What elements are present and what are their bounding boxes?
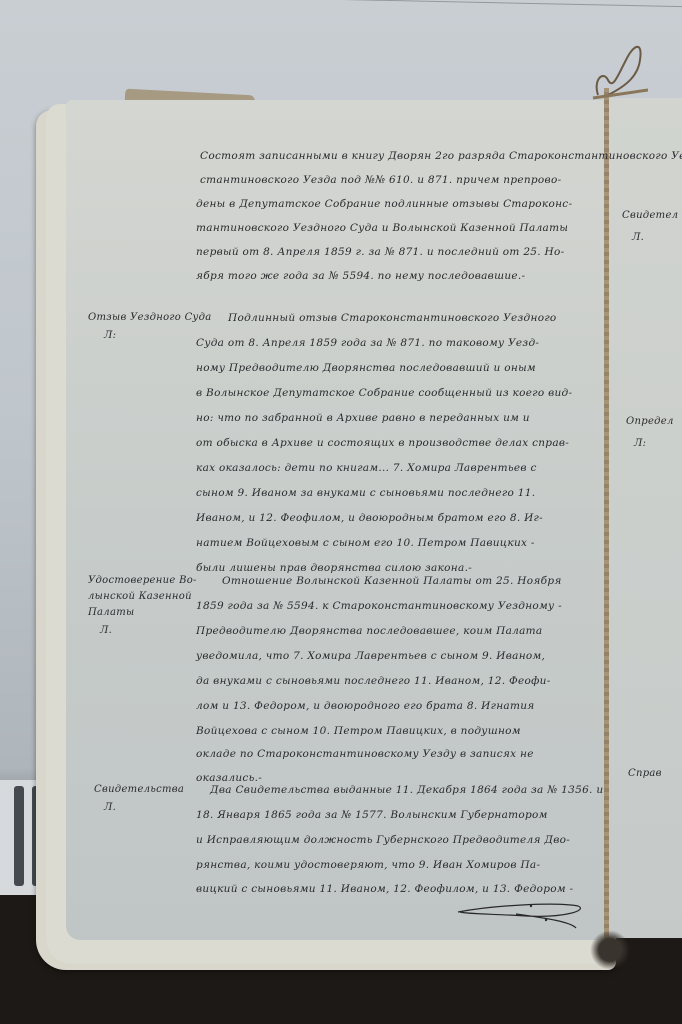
margin-label: Отзыв Уездного Суда: [88, 312, 212, 323]
margin-label: Л:: [634, 438, 646, 449]
margin-label: Л.: [100, 625, 112, 636]
text-line: сыном 9. Иваном за внуками с сыновьями п…: [196, 487, 535, 499]
text-line: и Исправляющим должность Губернского Пре…: [196, 834, 570, 846]
text-line: но: что по забранной в Архиве равно в пе…: [196, 412, 530, 424]
margin-label: Справ: [628, 768, 662, 779]
signature-flourish-icon: [456, 900, 586, 930]
text-line: уведомила, что 7. Хомира Лаврентьев с сы…: [196, 650, 545, 662]
text-line: были лишены прав дворянства силою закона…: [196, 562, 472, 574]
text-line: в Волынское Депутатское Собрание сообщен…: [196, 387, 572, 399]
bottom-string-knot: [590, 930, 630, 970]
text-line: да внуками с сыновьями последнего 11. Ив…: [196, 675, 551, 687]
margin-label: Л:: [104, 330, 116, 341]
text-line: стантиновского Уезда под №№ 610. и 871. …: [200, 174, 561, 186]
text-line: первый от 8. Апреля 1859 г. за № 871. и …: [196, 246, 565, 258]
text-line: 18. Января 1865 года за № 1577. Волынски…: [196, 809, 548, 821]
text-line: рянства, коими удостоверяют, что 9. Иван…: [196, 859, 540, 871]
margin-label: Свидетел: [622, 210, 678, 221]
wall-crack: [290, 0, 682, 27]
text-line: Состоят записанными в книгу Дворян 2го р…: [200, 150, 682, 162]
text-line: Иваном, и 12. Феофилом, и двоюродным бра…: [196, 512, 543, 524]
text-line: Суда от 8. Апреля 1859 года за № 871. по…: [196, 337, 539, 349]
margin-label: Свидетельства: [94, 784, 184, 795]
text-line: вицкий с сыновьями 11. Иваном, 12. Феофи…: [196, 883, 573, 895]
text-line: ках оказалось: дети по книгам... 7. Хоми…: [196, 462, 537, 474]
margin-label: Палаты: [88, 607, 134, 618]
binding-string: [604, 88, 609, 948]
margin-label: Удостоверение Во-: [88, 575, 197, 586]
margin-label: Л.: [632, 232, 644, 243]
text-line: натием Войцеховым с сыном его 10. Петром…: [196, 537, 535, 549]
facing-page: [606, 98, 682, 938]
text-line: Отношение Волынской Казенной Палаты от 2…: [222, 575, 562, 587]
text-line: оказались.-: [196, 772, 262, 784]
margin-label: Л.: [104, 802, 116, 813]
text-line: Подлинный отзыв Староконстантиновского У…: [228, 312, 557, 324]
text-line: Два Свидетельства выданные 11. Декабря 1…: [210, 784, 603, 796]
radiator-fin: [14, 786, 24, 886]
text-line: тантиновского Уездного Суда и Волынской …: [196, 222, 568, 234]
text-line: ября того же года за № 5594. по нему пос…: [196, 270, 525, 282]
text-line: Войцехова с сыном 10. Петром Павицких, в…: [196, 725, 521, 737]
string-knot-icon: [588, 40, 648, 100]
text-line: ному Предводителю Дворянства последовавш…: [196, 362, 536, 374]
text-line: дены в Депутатское Собрание подлинные от…: [196, 198, 572, 210]
text-line: окладе по Староконстантиновскому Уезду в…: [196, 748, 534, 760]
margin-label: Определ: [626, 416, 674, 427]
text-line: 1859 года за № 5594. к Староконстантинов…: [196, 600, 562, 612]
text-line: от обыска в Архиве и состоящих в произво…: [196, 437, 569, 449]
margin-label: лынской Казенной: [88, 591, 192, 602]
text-line: лом и 13. Федором, и двоюродного его бра…: [196, 700, 535, 712]
text-line: Предводителю Дворянства последовавшее, к…: [196, 625, 543, 637]
